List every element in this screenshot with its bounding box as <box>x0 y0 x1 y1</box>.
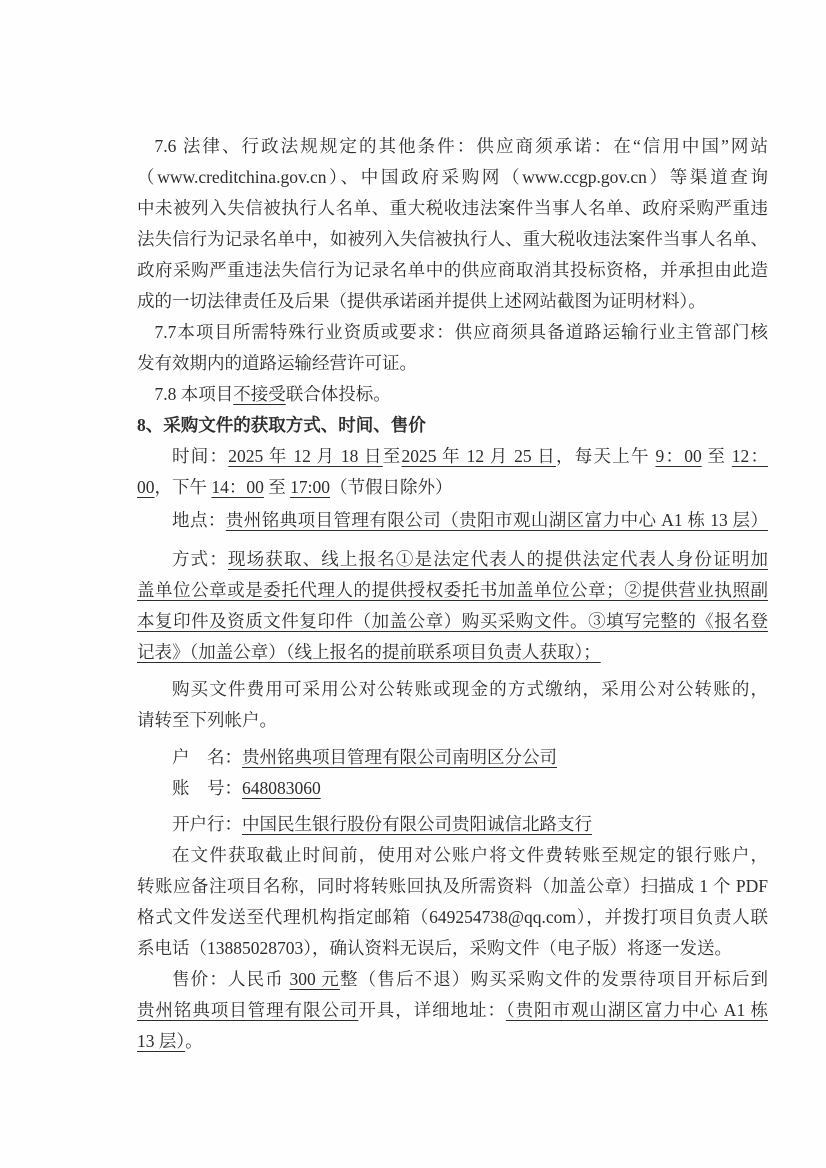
text-segment: 中未被列入失信被执行人名单、重大税收违法案件当事人名单、政府采购严重违 <box>137 198 768 218</box>
underlined-text: 贵州铭典项目管理有限公司（贵阳市观山湖区富力中心 A1 栋 13 层） <box>226 510 768 530</box>
text-segment: 成的一切法律责任及后果（提供承诺函并提供上述网站截图为证明材料）。 <box>137 291 706 311</box>
acquire-method: 方式：现场获取、线上报名①是法定代表人的提供法定代表人身份证明加盖单位公章或是委… <box>137 544 768 668</box>
text-segment: 至 <box>383 446 402 466</box>
text-segment: 开具，详细地址： <box>358 1000 506 1020</box>
text-line: 售价：人民币 300 元整（售后不退）购买采购文件的发票待项目开标后到 <box>137 964 768 995</box>
text-segment: ，每天上午 <box>556 446 655 466</box>
underlined-text: 300 元 <box>290 969 340 989</box>
text-line: 在文件获取截止时间前，使用对公账户将文件费转账至规定的银行账户， <box>137 840 768 871</box>
text-segment: 7.7本项目所需特殊行业资质或要求：供应商须具备道路运输行业主管部门核 <box>155 322 769 342</box>
text-segment: 8、采购文件的获取方式、时间、售价 <box>137 415 426 435</box>
underlined-text: 2025 年 12 月 18 日 <box>228 446 382 466</box>
text-line: 地点：贵州铭典项目管理有限公司（贵阳市观山湖区富力中心 A1 栋 13 层） <box>137 505 768 536</box>
text-line: 贵州铭典项目管理有限公司开具，详细地址：（贵阳市观山湖区富力中心 A1 栋 <box>137 995 768 1026</box>
text-segment: 7.8 本项目 <box>155 384 234 404</box>
text-line: 成的一切法律责任及后果（提供承诺函并提供上述网站截图为证明材料）。 <box>137 286 768 317</box>
underlined-text: 本复印件及资质文件复印件（加盖公章）购买采购文件。③填写完整的《报名登 <box>137 611 768 631</box>
text-line: 开户行：中国民生银行股份有限公司贵阳诚信北路支行 <box>137 809 768 840</box>
text-segment: 格式文件发送至代理机构指定邮箱（649254738@qq.com），并拨打项目负… <box>137 907 768 927</box>
underlined-text: 648083060 <box>242 778 321 798</box>
text-segment: 账 号： <box>172 778 242 798</box>
account-name: 户 名：贵州铭典项目管理有限公司南明区分公司 <box>137 742 768 773</box>
text-line: 盖单位公章或是委托代理人的提供授权委托书加盖单位公章；②提供营业执照副 <box>137 575 768 606</box>
text-line: 购买文件费用可采用公对公转账或现金的方式缴纳，采用公对公转账的， <box>137 674 768 705</box>
text-segment: 至 <box>702 446 732 466</box>
underlined-text: 2025 年 12 月 25 日 <box>402 446 556 466</box>
acquire-time: 时间：2025 年 12 月 18 日至2025 年 12 月 25 日，每天上… <box>137 441 768 503</box>
text-segment: 至 <box>264 477 290 497</box>
text-segment: 联合体投标。 <box>286 384 391 404</box>
text-line: 7.7本项目所需特殊行业资质或要求：供应商须具备道路运输行业主管部门核 <box>137 317 768 348</box>
text-segment: 开户行： <box>172 814 242 834</box>
underlined-text: 中国民生银行股份有限公司贵阳诚信北路支行 <box>242 814 592 834</box>
transfer-instructions: 在文件获取截止时间前，使用对公账户将文件费转账至规定的银行账户，转账应备注项目名… <box>137 840 768 964</box>
text-segment: 售价：人民币 <box>172 969 290 989</box>
text-line: 方式：现场获取、线上报名①是法定代表人的提供法定代表人身份证明加 <box>137 544 768 575</box>
text-segment: 政府采购严重违法失信行为记录名单中的供应商取消其投标资格，并承担由此造 <box>137 260 768 280</box>
underlined-text: 14：00 <box>211 477 264 497</box>
text-segment: 整（售后不退）购买采购文件的发票待项目开标后到 <box>340 969 768 989</box>
clause-7-6: 7.6 法律、行政法规规定的其他条件：供应商须承诺：在“信用中国”网站（www.… <box>137 131 768 317</box>
text-segment: 请转至下列帐户。 <box>137 710 277 730</box>
payment-note: 购买文件费用可采用公对公转账或现金的方式缴纳，采用公对公转账的，请转至下列帐户。 <box>137 674 768 736</box>
underlined-text: 不接受 <box>233 384 286 404</box>
bank-name: 开户行：中国民生银行股份有限公司贵阳诚信北路支行 <box>137 809 768 840</box>
text-line: 账 号：648083060 <box>137 773 768 804</box>
underlined-text: 12： <box>732 446 768 466</box>
underlined-text: 17:00 <box>290 477 330 497</box>
text-line: 7.6 法律、行政法规规定的其他条件：供应商须承诺：在“信用中国”网站 <box>137 131 768 162</box>
text-line: 政府采购严重违法失信行为记录名单中的供应商取消其投标资格，并承担由此造 <box>137 255 768 286</box>
underlined-text: 记表》（加盖公章）（线上报名的提前联系项目负责人获取）； <box>137 642 601 662</box>
text-segment: 方式： <box>172 549 228 569</box>
text-segment: （节假日除外） <box>330 477 453 497</box>
text-segment: 购买文件费用可采用公对公转账或现金的方式缴纳，采用公对公转账的， <box>172 679 768 699</box>
text-line: 7.8 本项目不接受联合体投标。 <box>137 379 768 410</box>
text-line: 本复印件及资质文件复印件（加盖公章）购买采购文件。③填写完整的《报名登 <box>137 606 768 637</box>
text-line: 记表》（加盖公章）（线上报名的提前联系项目负责人获取）； <box>137 637 768 668</box>
document-page: 7.6 法律、行政法规规定的其他条件：供应商须承诺：在“信用中国”网站（www.… <box>0 0 826 1168</box>
underlined-text: 贵州铭典项目管理有限公司南明区分公司 <box>242 747 557 767</box>
text-line: 请转至下列帐户。 <box>137 705 768 736</box>
clause-7-7: 7.7本项目所需特殊行业资质或要求：供应商须具备道路运输行业主管部门核发有效期内… <box>137 317 768 379</box>
text-line: 格式文件发送至代理机构指定邮箱（649254738@qq.com），并拨打项目负… <box>137 902 768 933</box>
text-line: 转账应备注项目名称，同时将转账回执及所需资料（加盖公章）扫描成 1 个 PDF <box>137 871 768 902</box>
text-line: （www.creditchina.gov.cn）、中国政府采购网（www.ccg… <box>137 162 768 193</box>
underlined-text: 9：00 <box>655 446 701 466</box>
text-line: 8、采购文件的获取方式、时间、售价 <box>137 410 768 441</box>
text-line: 法失信行为记录名单中，如被列入失信被执行人、重大税收违法案件当事人名单、 <box>137 224 768 255</box>
underlined-text: 盖单位公章或是委托代理人的提供授权委托书加盖单位公章；②提供营业执照副 <box>137 580 768 600</box>
text-segment: 7.6 法律、行政法规规定的其他条件：供应商须承诺：在“信用中国”网站 <box>155 136 769 156</box>
section-8-heading: 8、采购文件的获取方式、时间、售价 <box>137 410 768 441</box>
text-line: 中未被列入失信被执行人名单、重大税收违法案件当事人名单、政府采购严重违 <box>137 193 768 224</box>
text-line: 系电话（13885028703），确认资料无误后，采购文件（电子版）将逐一发送。 <box>137 933 768 964</box>
underlined-text: 贵州铭典项目管理有限公司 <box>137 1000 358 1020</box>
text-segment: 转账应备注项目名称，同时将转账回执及所需资料（加盖公章）扫描成 1 个 PDF <box>137 876 768 896</box>
text-segment: 系电话（13885028703），确认资料无误后，采购文件（电子版）将逐一发送。 <box>137 938 732 958</box>
text-line: 00，下午 14：00 至 17:00（节假日除外） <box>137 472 768 503</box>
text-segment: 时间： <box>172 446 228 466</box>
price: 售价：人民币 300 元整（售后不退）购买采购文件的发票待项目开标后到贵州铭典项… <box>137 964 768 1057</box>
underlined-text: 13 层） <box>137 1031 185 1051</box>
text-segment: ，下午 <box>155 477 212 497</box>
text-line: 户 名：贵州铭典项目管理有限公司南明区分公司 <box>137 742 768 773</box>
text-segment: 在文件获取截止时间前，使用对公账户将文件费转账至规定的银行账户， <box>172 845 768 865</box>
clause-7-8: 7.8 本项目不接受联合体投标。 <box>137 379 768 410</box>
text-segment: （www.creditchina.gov.cn）、中国政府采购网（www.ccg… <box>137 167 768 187</box>
text-segment: 法失信行为记录名单中，如被列入失信被执行人、重大税收违法案件当事人名单、 <box>137 229 768 249</box>
text-segment: 户 名： <box>172 747 242 767</box>
account-number: 账 号：648083060 <box>137 773 768 804</box>
underlined-text: （贵阳市观山湖区富力中心 A1 栋 <box>506 1000 768 1020</box>
document-content: 7.6 法律、行政法规规定的其他条件：供应商须承诺：在“信用中国”网站（www.… <box>137 131 768 1057</box>
text-segment: 。 <box>185 1031 203 1051</box>
underlined-text: 00 <box>137 477 155 497</box>
underlined-text: 现场获取、线上报名①是法定代表人的提供法定代表人身份证明加 <box>228 549 768 569</box>
text-line: 发有效期内的道路运输经营许可证。 <box>137 348 768 379</box>
text-line: 时间：2025 年 12 月 18 日至2025 年 12 月 25 日，每天上… <box>137 441 768 472</box>
text-line: 13 层）。 <box>137 1026 768 1057</box>
text-segment: 发有效期内的道路运输经营许可证。 <box>137 353 417 373</box>
acquire-location: 地点：贵州铭典项目管理有限公司（贵阳市观山湖区富力中心 A1 栋 13 层） <box>137 505 768 536</box>
text-segment: 地点： <box>172 510 226 530</box>
